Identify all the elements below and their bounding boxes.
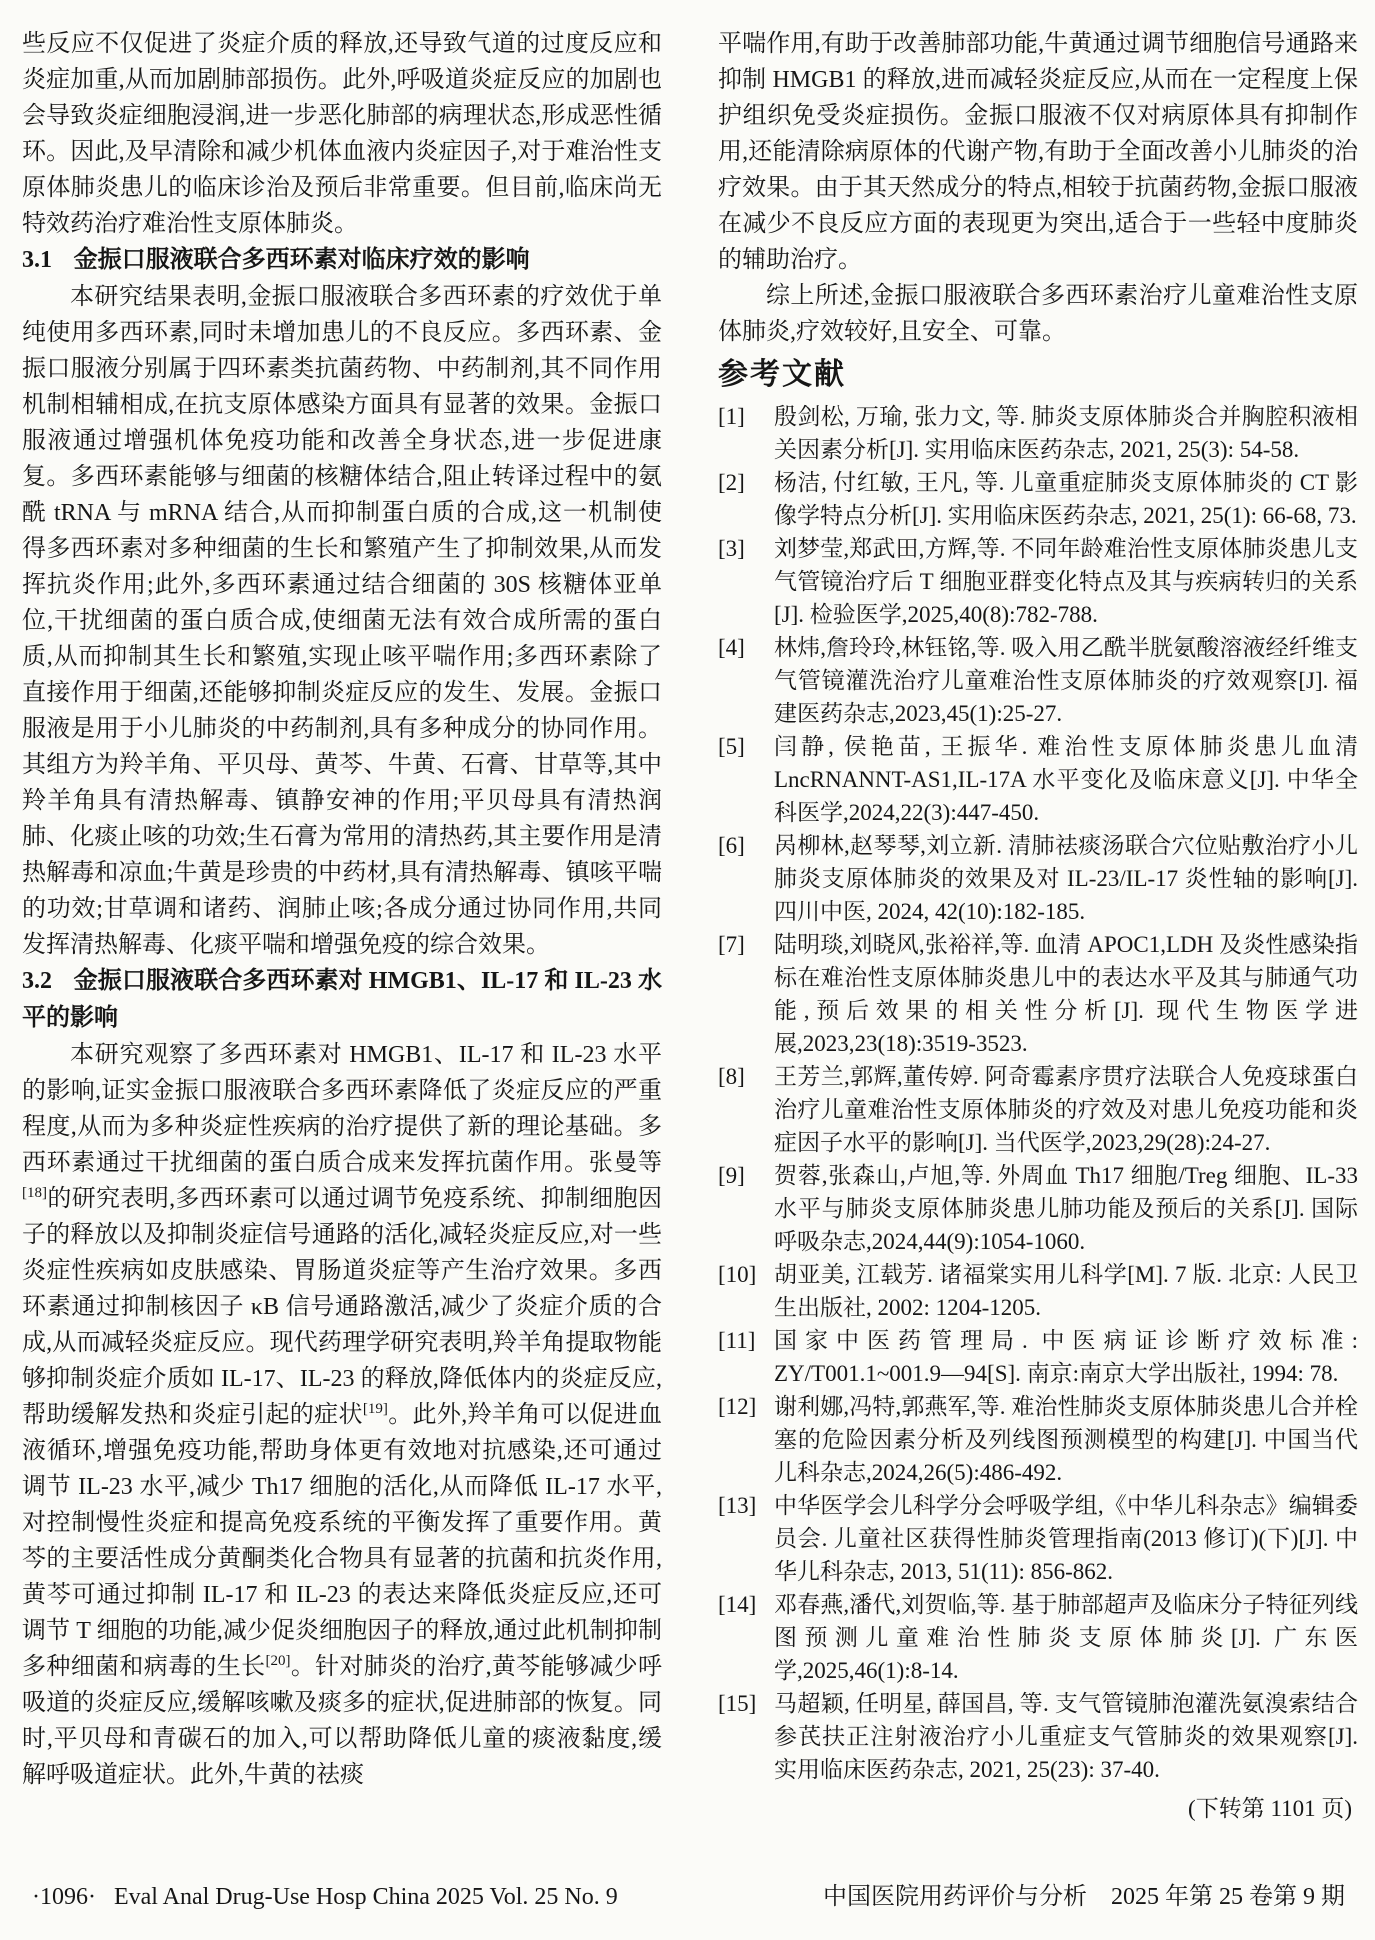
reference-number: [8] xyxy=(718,1060,745,1093)
reference-item: [13] 中华医学会儿科学分会呼吸学组,《中华儿科杂志》编辑委员会. 儿童社区获… xyxy=(718,1489,1358,1588)
reference-item: [1] 殷剑松, 万瑜, 张力文, 等. 肺炎支原体肺炎合并胸腔积液相关因素分析… xyxy=(718,400,1358,466)
section-number-3-2: 3.2 xyxy=(22,968,52,994)
paragraph-3-2-segment: 的研究表明,多西环素可以通过调节免疫系统、抑制细胞因子的释放以及抑制炎症信号通路… xyxy=(22,1186,662,1428)
reference-text: 闫静, 侯艳苗, 王振华. 难治性支原体肺炎患儿血清 LncRNANNT-AS1… xyxy=(774,734,1358,825)
reference-item: [9] 贺蓉,张森山,卢旭,等. 外周血 Th17 细胞/Treg 细胞、IL-… xyxy=(718,1159,1358,1258)
reference-item: [15] 马超颖, 任明星, 薛国昌, 等. 支气管镜肺泡灌洗氨溴索结合参芪扶正… xyxy=(718,1687,1358,1786)
reference-text: 马超颖, 任明星, 薛国昌, 等. 支气管镜肺泡灌洗氨溴索结合参芪扶正注射液治疗… xyxy=(774,1691,1358,1782)
reference-item: [11] 国家中医药管理局. 中医病证诊断疗效标准: ZY/T001.1~001… xyxy=(718,1324,1358,1390)
paragraph-3-2-segment: 本研究观察了多西环素对 HMGB1、IL-17 和 IL-23 水平的影响,证实… xyxy=(22,1042,662,1176)
citation-superscript-19: [19] xyxy=(363,1401,388,1417)
reference-list: [1] 殷剑松, 万瑜, 张力文, 等. 肺炎支原体肺炎合并胸腔积液相关因素分析… xyxy=(718,400,1358,1786)
reference-number: [3] xyxy=(718,532,745,565)
reference-item: [4] 林炜,詹玲玲,林钰铭,等. 吸入用乙酰半胱氨酸溶液经纤维支气管镜灌洗治疗… xyxy=(718,631,1358,730)
reference-number: [10] xyxy=(718,1258,756,1291)
reference-number: [13] xyxy=(718,1489,756,1522)
reference-number: [11] xyxy=(718,1324,755,1357)
reference-item: [10] 胡亚美, 江载芳. 诸福棠实用儿科学[M]. 7 版. 北京: 人民卫… xyxy=(718,1258,1358,1324)
continuation-paragraph-right: 平喘作用,有助于改善肺部功能,牛黄通过调节细胞信号通路来抑制 HMGB1 的释放… xyxy=(718,26,1358,278)
paragraph-3-2: 本研究观察了多西环素对 HMGB1、IL-17 和 IL-23 水平的影响,证实… xyxy=(22,1037,662,1793)
paragraph-3-2-segment: 。此外,羚羊角可以促进血液循环,增强免疫功能,帮助身体更有效地对抗感染,还可通过… xyxy=(22,1402,662,1680)
section-heading-3-1: 3.1金振口服液联合多西环素对临床疗效的影响 xyxy=(22,242,662,279)
reference-text: 胡亚美, 江载芳. 诸福棠实用儿科学[M]. 7 版. 北京: 人民卫生出版社,… xyxy=(774,1262,1358,1320)
reference-text: 陆明琰,刘晓风,张裕祥,等. 血清 APOC1,LDH 及炎性感染指标在难治性支… xyxy=(774,932,1358,1056)
reference-item: [5] 闫静, 侯艳苗, 王振华. 难治性支原体肺炎患儿血清 LncRNANNT… xyxy=(718,730,1358,829)
reference-item: [14] 邓春燕,潘代,刘贺临,等. 基于肺部超声及临床分子特征列线图预测儿童难… xyxy=(718,1588,1358,1687)
reference-text: 殷剑松, 万瑜, 张力文, 等. 肺炎支原体肺炎合并胸腔积液相关因素分析[J].… xyxy=(774,404,1358,462)
reference-number: [7] xyxy=(718,928,745,961)
footer-left: ·1096·Eval Anal Drug-Use Hosp China 2025… xyxy=(32,1882,618,1912)
reference-number: [6] xyxy=(718,829,745,862)
section-title-3-1: 金振口服液联合多西环素对临床疗效的影响 xyxy=(74,247,530,273)
reference-text: 贺蓉,张森山,卢旭,等. 外周血 Th17 细胞/Treg 细胞、IL-33 水… xyxy=(774,1163,1358,1254)
section-number-3-1: 3.1 xyxy=(22,247,52,273)
journal-name-english: Eval Anal Drug-Use Hosp China 2025 Vol. … xyxy=(114,1884,618,1910)
reference-item: [7] 陆明琰,刘晓风,张裕祥,等. 血清 APOC1,LDH 及炎性感染指标在… xyxy=(718,928,1358,1060)
reference-item: [2] 杨洁, 付红敏, 王凡, 等. 儿童重症肺炎支原体肺炎的 CT 影像学特… xyxy=(718,466,1358,532)
reference-item: [6] 呙柳林,赵琴琴,刘立新. 清肺祛痰汤联合穴位贴敷治疗小儿肺炎支原体肺炎的… xyxy=(718,829,1358,928)
reference-number: [9] xyxy=(718,1159,745,1192)
reference-number: [2] xyxy=(718,466,745,499)
journal-name-chinese: 中国医院用药评价与分析 2025 年第 25 卷第 9 期 xyxy=(823,1882,1345,1912)
reference-text: 林炜,詹玲玲,林钰铭,等. 吸入用乙酰半胱氨酸溶液经纤维支气管镜灌洗治疗儿童难治… xyxy=(774,635,1358,726)
left-column: 些反应不仅促进了炎症介质的释放,还导致气道的过度反应和炎症加重,从而加剧肺部损伤… xyxy=(22,26,662,1793)
continuation-note: (下转第 1101 页) xyxy=(718,1792,1358,1826)
reference-text: 国家中医药管理局. 中医病证诊断疗效标准: ZY/T001.1~001.9—94… xyxy=(774,1328,1358,1386)
reference-text: 刘梦莹,郑武田,方辉,等. 不同年龄难治性支原体肺炎患儿支气管镜治疗后 T 细胞… xyxy=(774,536,1358,627)
reference-text: 杨洁, 付红敏, 王凡, 等. 儿童重症肺炎支原体肺炎的 CT 影像学特点分析[… xyxy=(774,470,1358,528)
reference-text: 呙柳林,赵琴琴,刘立新. 清肺祛痰汤联合穴位贴敷治疗小儿肺炎支原体肺炎的效果及对… xyxy=(774,833,1358,924)
paragraph-3-1: 本研究结果表明,金振口服液联合多西环素的疗效优于单纯使用多西环素,同时未增加患儿… xyxy=(22,279,662,963)
reference-number: [12] xyxy=(718,1390,756,1423)
reference-number: [1] xyxy=(718,400,745,433)
journal-page: 些反应不仅促进了炎症介质的释放,还导致气道的过度反应和炎症加重,从而加剧肺部损伤… xyxy=(0,0,1375,1940)
page-footer: ·1096·Eval Anal Drug-Use Hosp China 2025… xyxy=(32,1882,1345,1912)
reference-text: 谢利娜,冯特,郭燕军,等. 难治性肺炎支原体肺炎患儿合并栓塞的危险因素分析及列线… xyxy=(774,1394,1358,1485)
reference-item: [8] 王芳兰,郭辉,董传婷. 阿奇霉素序贯疗法联合人免疫球蛋白治疗儿童难治性支… xyxy=(718,1060,1358,1159)
citation-superscript-18: [18] xyxy=(22,1185,47,1201)
reference-text: 中华医学会儿科学分会呼吸学组,《中华儿科杂志》编辑委员会. 儿童社区获得性肺炎管… xyxy=(774,1493,1358,1584)
reference-item: [3] 刘梦莹,郑武田,方辉,等. 不同年龄难治性支原体肺炎患儿支气管镜治疗后 … xyxy=(718,532,1358,631)
reference-number: [4] xyxy=(718,631,745,664)
reference-text: 王芳兰,郭辉,董传婷. 阿奇霉素序贯疗法联合人免疫球蛋白治疗儿童难治性支原体肺炎… xyxy=(774,1064,1358,1155)
section-heading-3-2: 3.2金振口服液联合多西环素对 HMGB1、IL-17 和 IL-23 水平的影… xyxy=(22,963,662,1037)
section-title-3-2: 金振口服液联合多西环素对 HMGB1、IL-17 和 IL-23 水平的影响 xyxy=(22,968,662,1031)
citation-superscript-20: [20] xyxy=(265,1653,290,1669)
conclusion-paragraph: 综上所述,金振口服液联合多西环素治疗儿童难治性支原体肺炎,疗效较好,且安全、可靠… xyxy=(718,278,1358,350)
reference-number: [14] xyxy=(718,1588,756,1621)
reference-number: [5] xyxy=(718,730,745,763)
references-heading: 参考文献 xyxy=(718,352,1358,398)
right-column: 平喘作用,有助于改善肺部功能,牛黄通过调节细胞信号通路来抑制 HMGB1 的释放… xyxy=(718,26,1358,1826)
reference-text: 邓春燕,潘代,刘贺临,等. 基于肺部超声及临床分子特征列线图预测儿童难治性肺炎支… xyxy=(774,1592,1358,1683)
reference-number: [15] xyxy=(718,1687,756,1720)
page-number: ·1096· xyxy=(32,1884,96,1910)
continuation-paragraph-left: 些反应不仅促进了炎症介质的释放,还导致气道的过度反应和炎症加重,从而加剧肺部损伤… xyxy=(22,26,662,242)
reference-item: [12] 谢利娜,冯特,郭燕军,等. 难治性肺炎支原体肺炎患儿合并栓塞的危险因素… xyxy=(718,1390,1358,1489)
